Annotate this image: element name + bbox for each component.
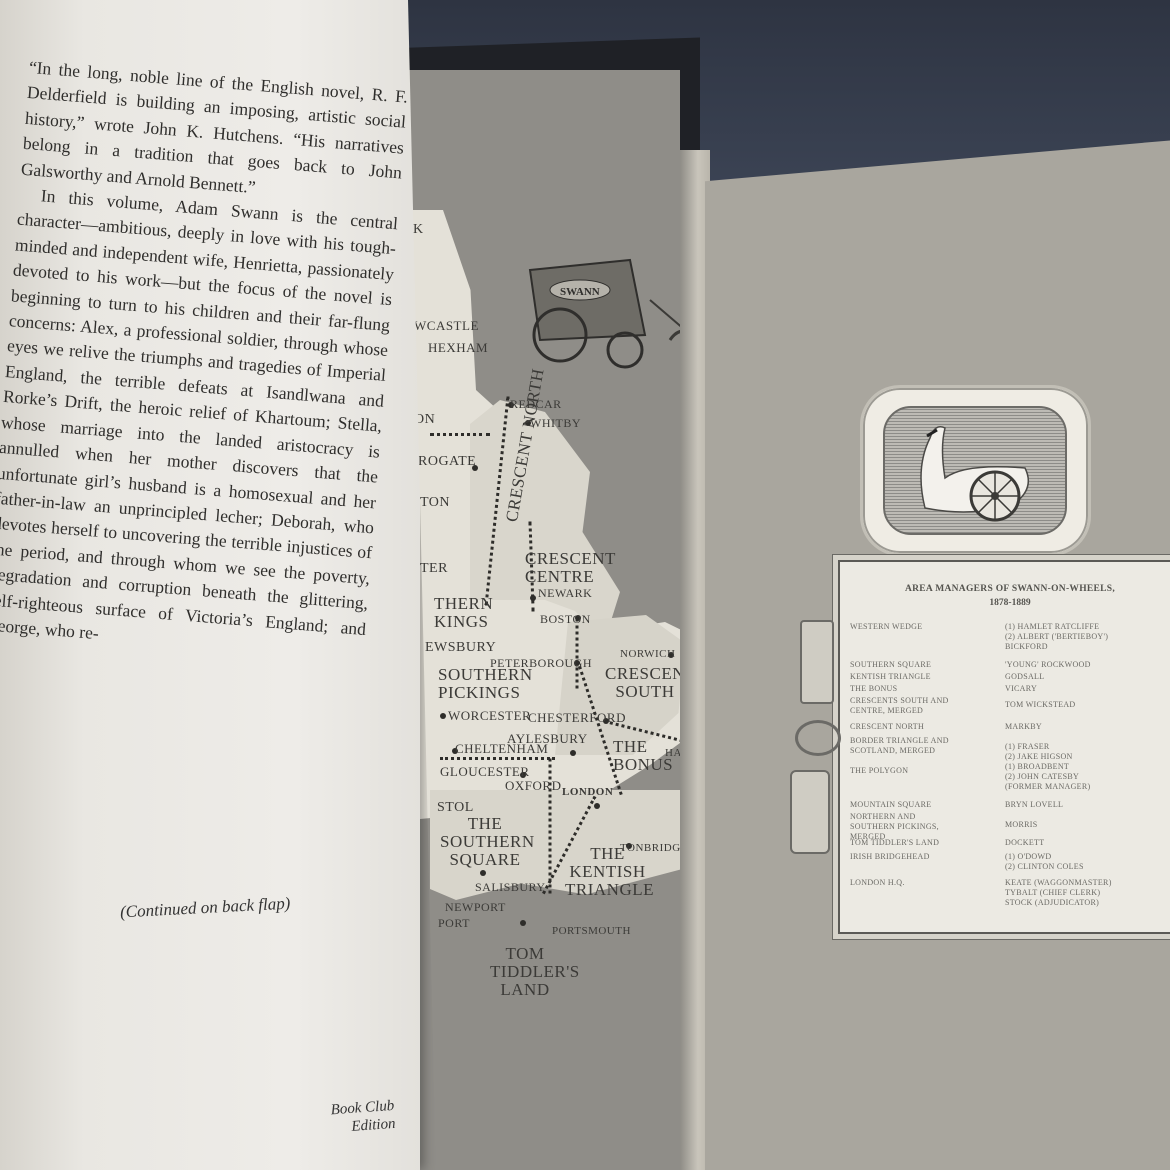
map-town-label: PORTSMOUTH — [552, 925, 631, 937]
map-town-label: K — [413, 222, 424, 238]
wagon-sign: SWANN — [560, 286, 600, 298]
area-name: BORDER TRIANGLE AND SCOTLAND, MERGED — [850, 736, 950, 756]
continued-note: (Continued on back flap) — [120, 894, 291, 923]
decorative-letterform — [795, 720, 841, 756]
map-town-label: WORCESTER — [448, 708, 531, 724]
book-club-edition: Book Club Edition — [304, 1097, 396, 1139]
area-name: CRESCENT NORTH — [850, 722, 995, 731]
map-town-label: TON — [420, 495, 450, 511]
map-town-label: ROGATE — [418, 454, 476, 470]
town-marker — [480, 870, 486, 876]
map-region-label: THE SOUTHERN SQUARE — [440, 815, 530, 869]
swan-icon — [885, 408, 1065, 533]
map-town-label: NEWPORT — [445, 900, 506, 915]
area-name: TOM TIDDLER'S LAND — [850, 838, 995, 847]
map-town-label: HEXHAM — [428, 340, 488, 356]
map-town-label: OXFORD — [505, 778, 561, 794]
manager-name: GODSALL — [1005, 672, 1170, 682]
manager-name: TOM WICKSTEAD — [1005, 700, 1170, 710]
blurb-paragraph-2: In this volume, Adam Swann is the centra… — [0, 182, 399, 668]
map-region-label: TOM TIDDLER'S LAND — [490, 945, 560, 999]
town-marker — [570, 750, 576, 756]
manager-name: DOCKETT — [1005, 838, 1170, 848]
map-town-label: LONDON — [562, 786, 613, 798]
area-name: WESTERN WEDGE — [850, 622, 995, 631]
manager-name: MARKBY — [1005, 722, 1170, 732]
map-region-label: CRESCENT SOUTH — [605, 665, 685, 701]
dust-jacket-flap: “In the long, noble line of the English … — [0, 0, 420, 1170]
area-name: THE BONUS — [850, 684, 995, 693]
route-line — [576, 619, 579, 689]
manager-name: 'YOUNG' ROCKWOOD — [1005, 660, 1170, 670]
map-region-label: CRESCENT CENTRE — [525, 550, 605, 586]
area-name: THE POLYGON — [850, 766, 995, 775]
town-marker — [530, 595, 536, 601]
manager-name: (1) HAMLET RATCLIFFE (2) ALBERT ('BERTIE… — [1005, 622, 1170, 652]
town-marker — [594, 803, 600, 809]
manager-name: MORRIS — [1005, 820, 1170, 830]
area-name: IRISH BRIDGEHEAD — [850, 852, 995, 861]
area-name: SOUTHERN SQUARE — [850, 660, 995, 669]
map-town-label: CHELTENHAM — [455, 741, 548, 757]
manager-name: (1) BROADBENT (2) JOHN CATESBY (FORMER M… — [1005, 762, 1170, 792]
map-town-label: PORT — [438, 916, 470, 931]
map-town-label: NORWICH — [620, 648, 675, 660]
flap-blurb: “In the long, noble line of the English … — [0, 55, 409, 667]
map-town-label: BOSTON — [540, 612, 591, 627]
map-town-label: WCASTLE — [414, 318, 479, 334]
route-line — [430, 433, 490, 436]
area-managers-table: AREA MANAGERS OF SWANN-ON-WHEELS, 1878-1… — [838, 560, 1170, 934]
map-town-label: NEWARK — [538, 586, 592, 601]
town-marker — [440, 713, 446, 719]
map-town-label: CHESTERFORD — [528, 710, 626, 726]
manager-name: (1) O'DOWD (2) CLINTON COLES — [1005, 852, 1170, 872]
map-region-label: THE KENTISH TRIANGLE — [565, 845, 650, 899]
table-years: 1878-1889 — [840, 598, 1170, 608]
manager-name: (1) FRASER (2) JAKE HIGSON — [1005, 742, 1170, 762]
manager-name: KEATE (WAGGONMASTER) TYBALT (CHIEF CLERK… — [1005, 878, 1170, 908]
area-name: MOUNTAIN SQUARE — [850, 800, 995, 809]
area-name: LONDON H.Q. — [850, 878, 995, 887]
route-line — [440, 757, 555, 760]
map-town-label: SALISBURY — [475, 880, 546, 895]
map-region-label: THERN KINGS — [434, 595, 504, 631]
map-town-label: TER — [420, 561, 448, 577]
manager-name: VICARY — [1005, 684, 1170, 694]
area-name: CRESCENTS SOUTH AND CENTRE, MERGED — [850, 696, 950, 716]
manager-name: BRYN LOVELL — [1005, 800, 1170, 810]
decorative-letterform — [790, 770, 830, 854]
map-region-label: THE BONUS — [613, 738, 668, 774]
decorative-letterform — [800, 620, 834, 704]
town-marker — [520, 920, 526, 926]
map-town-label: EWSBURY — [425, 640, 496, 656]
emblem-engraving — [883, 406, 1067, 535]
swan-emblem — [860, 385, 1091, 556]
table-row: WESTERN WEDGE (1) HAMLET RATCLIFFE (2) A… — [850, 622, 1170, 652]
map-region-label: SOUTHERN PICKINGS — [438, 666, 538, 702]
area-name: KENTISH TRIANGLE — [850, 672, 995, 681]
table-title: AREA MANAGERS OF SWANN-ON-WHEELS, — [840, 584, 1170, 594]
